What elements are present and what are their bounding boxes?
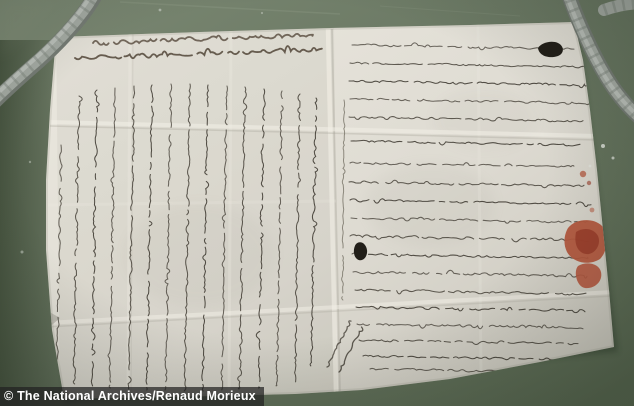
photo-credit: © The National Archives/Renaud Morieux xyxy=(0,387,264,406)
photograph: © The National Archives/Renaud Morieux xyxy=(0,0,634,406)
photo-vignette xyxy=(0,0,634,406)
photo-scene xyxy=(0,0,634,406)
photo-credit-text: © The National Archives/Renaud Morieux xyxy=(4,389,256,403)
